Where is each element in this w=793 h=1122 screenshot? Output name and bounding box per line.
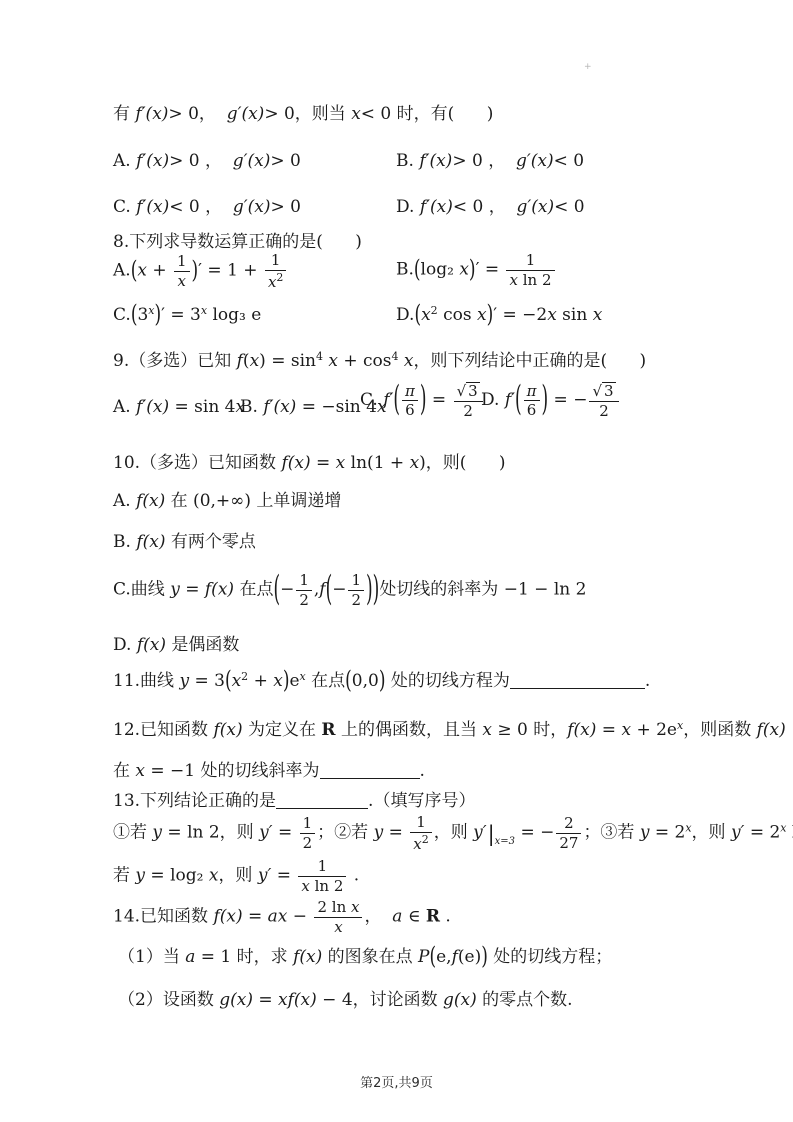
question7-option-a: A. f′(x)> 0 ， g′(x)> 0	[113, 150, 301, 172]
fraction: 1x2	[410, 814, 431, 852]
fraction: 12	[300, 815, 316, 851]
fraction: 12	[296, 572, 312, 608]
fraction: 1x2	[265, 252, 286, 290]
answer-blank	[510, 671, 645, 689]
radical-icon: √	[457, 383, 467, 400]
fraction: √32	[589, 382, 618, 419]
question10-option-a: A. f(x) 在 (0,+∞) 上单调递增	[113, 490, 341, 512]
question13-line2: 若 y = log₂ x，则 y′ = 1x ln 2 .	[113, 858, 359, 894]
question7-option-c: C. f′(x)< 0 ， g′(x)> 0	[113, 196, 301, 218]
fraction: π6	[524, 383, 540, 419]
fraction: 12	[348, 572, 364, 608]
question8-stem: 8.下列求导数运算正确的是( )	[113, 231, 362, 253]
question10-option-b: B. f(x) 有两个零点	[113, 531, 256, 553]
fraction: π6	[402, 383, 418, 419]
question9-option-a: A. f′(x) = sin 4x	[113, 396, 245, 418]
fraction: 2 ln xx	[314, 899, 362, 935]
answer-blank	[276, 791, 368, 809]
question8-option-b: B.(log₂ x)′ = 1x ln 2	[396, 252, 557, 288]
question13-stem: 13.下列结论正确的是.（填写序号）	[113, 790, 475, 812]
radical-icon: √	[592, 383, 602, 400]
question7-option-b: B. f′(x)> 0 ， g′(x)< 0	[396, 150, 584, 172]
fraction: √32	[454, 382, 483, 419]
question8-option-c: C.(3x)′ = 3x log₃ e	[113, 304, 261, 326]
fraction: 1x ln 2	[298, 858, 346, 894]
question12-line2: 在 x = −1 处的切线斜率为.	[113, 760, 425, 782]
question9-stem: 9.（多选）已知 f(x) = sin4 x + cos4 x，则下列结论中正确…	[113, 350, 646, 372]
question11: 11.曲线 y = 3(x2 + x)ex 在点(0,0) 处的切线方程为.	[113, 670, 650, 692]
question10-stem: 10.（多选）已知函数 f(x) = x ln(1 + x)，则( )	[113, 452, 505, 474]
fraction: 1x	[174, 253, 190, 289]
evaluation-bar: |x=3	[488, 821, 515, 848]
question14-part1: （1）当 a = 1 时，求 f(x) 的图象在点 P(e,f(e)) 处的切线…	[118, 946, 612, 968]
fraction: 1x ln 2	[506, 252, 554, 288]
question9-option-d: D. f′(π6) = −√32	[481, 382, 621, 419]
stray-mark: +	[584, 62, 592, 72]
answer-blank	[320, 761, 420, 779]
question10-option-d: D. f(x) 是偶函数	[113, 634, 239, 656]
document-page: + 有 f′(x)> 0， g′(x)> 0，则当 x< 0 时，有( ) A.…	[0, 0, 793, 1122]
fraction: 227	[556, 815, 581, 851]
page-footer: 第2页,共9页	[0, 1072, 793, 1091]
question9-option-c: C. f′(π6) = √32	[360, 382, 485, 419]
question14-part2: （2）设函数 g(x) = xf(x) − 4，讨论函数 g(x) 的零点个数.	[118, 989, 573, 1011]
question10-option-c: C.曲线 y = f(x) 在点(−12,f(−12))处切线的斜率为 −1 −…	[113, 572, 586, 608]
question7-stem-continued: 有 f′(x)> 0， g′(x)> 0，则当 x< 0 时，有( )	[113, 103, 493, 125]
question14-stem: 14.已知函数 f(x) = ax − 2 ln xx， a ∈ R .	[113, 899, 451, 935]
question12-line1: 12.已知函数 f(x) 为定义在 R 上的偶函数，且当 x ≥ 0 时，f(x…	[113, 719, 786, 741]
question13-line1: ①若 y = ln 2，则 y′ = 12；②若 y = 1x2，则 y′|x=…	[113, 814, 793, 852]
question8-option-d: D.(x2 cos x)′ = −2x sin x	[396, 304, 602, 326]
question7-option-d: D. f′(x)< 0 ， g′(x)< 0	[396, 196, 585, 218]
question8-option-a: A.(x + 1x)′ = 1 + 1x2	[113, 252, 288, 290]
square-root: √3	[457, 382, 480, 400]
square-root: √3	[592, 382, 615, 400]
